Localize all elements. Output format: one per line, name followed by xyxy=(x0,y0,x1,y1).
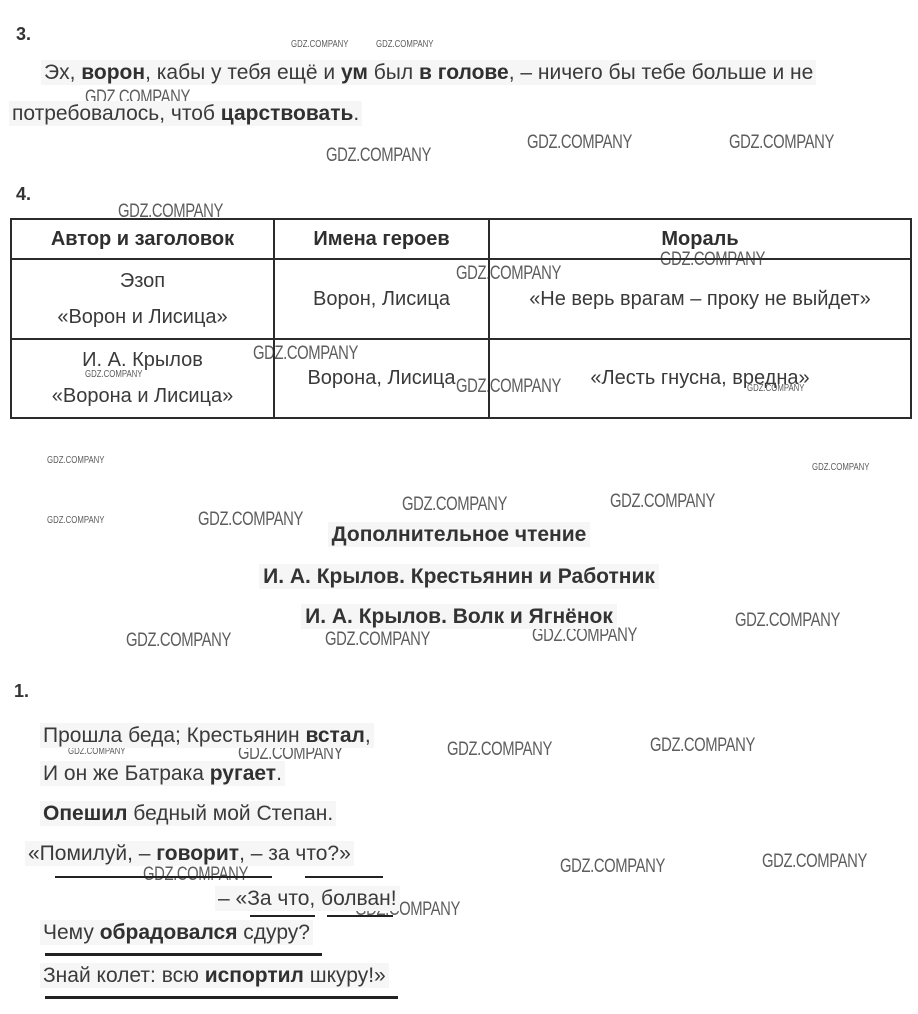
fable-title: «Ворона и Лисица» xyxy=(16,385,269,408)
extra-reading-title-text: Дополнительное чтение xyxy=(328,522,591,547)
gdz-watermark: GDZ.COMPANY xyxy=(325,630,430,649)
cell-heroes: Ворон, Лисица xyxy=(274,259,489,339)
answer-underline xyxy=(45,953,322,956)
table-row: И. А. Крылов «Ворона и Лисица» Ворона, Л… xyxy=(11,339,911,418)
answer-underline xyxy=(45,996,398,999)
extra-reading-item-text: И. А. Крылов. Волк и Ягнёнок xyxy=(301,604,617,629)
gdz-watermark: GDZ.COMPANY xyxy=(650,736,755,755)
poem-line: – «За что, болван! xyxy=(215,886,400,911)
gdz-watermark: GDZ.COMPANY xyxy=(376,40,434,50)
poem-line: «Помилуй, – говорит, – за что?» xyxy=(25,841,354,866)
poem-line: Опешил бедный мой Степан. xyxy=(40,801,336,826)
poem-line: Знай колет: всю испортил шкуру!» xyxy=(40,963,389,988)
gdz-watermark: GDZ.COMPANY xyxy=(143,865,248,884)
extra-reading-item: И. А. Крылов. Крестьянин и Работник xyxy=(0,565,918,589)
gdz-watermark: GDZ.COMPANY xyxy=(326,146,431,165)
poem-line: Прошла беда; Крестьянин встал, xyxy=(40,723,374,748)
table-header-moral: Мораль xyxy=(489,219,911,259)
gdz-watermark: GDZ.COMPANY xyxy=(402,495,507,514)
answer-paragraph-line: Эх, ворон, кабы у тебя ещё и ум был в го… xyxy=(41,60,816,85)
poem-line: Чему обрадовался сдуру? xyxy=(40,920,313,945)
gdz-watermark: GDZ.COMPANY xyxy=(560,857,665,876)
cell-heroes: Ворона, Лисица xyxy=(274,339,489,418)
cell-moral: «Лесть гнусна, вредна» xyxy=(489,339,911,418)
author-name: И. А. Крылов xyxy=(16,349,269,372)
gdz-watermark: GDZ.COMPANY xyxy=(447,740,552,759)
gdz-watermark: GDZ.COMPANY xyxy=(527,133,632,152)
gdz-watermark: GDZ.COMPANY xyxy=(291,40,349,50)
gdz-watermark: GDZ.COMPANY xyxy=(610,492,715,511)
document-page: GDZ.COMPANY GDZ.COMPANY GDZ.COMPANY GDZ.… xyxy=(0,0,918,1014)
gdz-watermark: GDZ.COMPANY xyxy=(729,133,834,152)
table-row: Эзоп «Ворон и Лисица» Ворон, Лисица «Не … xyxy=(11,259,911,339)
exercise-number-1: 1. xyxy=(14,681,29,702)
extra-reading-item-text: И. А. Крылов. Крестьянин и Работник xyxy=(259,564,659,589)
gdz-watermark: GDZ.COMPANY xyxy=(68,747,126,757)
answer-underline xyxy=(250,915,315,917)
table-header-row: Автор и заголовок Имена героев Мораль xyxy=(11,219,911,259)
answer-underline xyxy=(305,876,383,878)
answer-underline xyxy=(55,876,272,878)
answer-paragraph-line: потребовалось, чтоб царствовать. xyxy=(9,101,362,126)
exercise-number-4: 4. xyxy=(16,184,31,205)
cell-author: И. А. Крылов «Ворона и Лисица» xyxy=(11,339,274,418)
author-name: Эзоп xyxy=(16,270,269,293)
gdz-watermark: GDZ.COMPANY xyxy=(47,456,105,466)
table-header-heroes: Имена героев xyxy=(274,219,489,259)
fable-title: «Ворон и Лисица» xyxy=(16,306,269,329)
answer-underline xyxy=(327,915,393,917)
poem-line: И он же Батрака ругает. xyxy=(40,761,285,786)
cell-moral: «Не верь врагам – проку не выйдет» xyxy=(489,259,911,339)
extra-reading-item: И. А. Крылов. Волк и Ягнёнок xyxy=(0,605,918,629)
gdz-watermark: GDZ.COMPANY xyxy=(762,852,867,871)
gdz-watermark: GDZ.COMPANY xyxy=(812,463,870,473)
exercise-number-3: 3. xyxy=(16,24,31,45)
extra-reading-title: Дополнительное чтение xyxy=(0,523,918,547)
table-header-author: Автор и заголовок xyxy=(11,219,274,259)
fable-comparison-table: Автор и заголовок Имена героев Мораль Эз… xyxy=(10,218,912,419)
cell-author: Эзоп «Ворон и Лисица» xyxy=(11,259,274,339)
gdz-watermark: GDZ.COMPANY xyxy=(126,631,231,650)
